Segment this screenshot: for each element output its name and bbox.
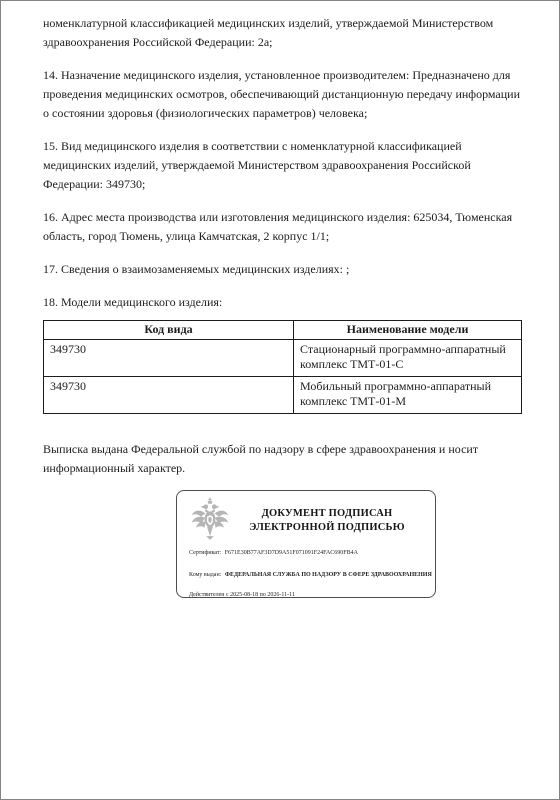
paragraph-item-17: 17. Сведения о взаимозаменяемых медицинс… <box>43 260 521 279</box>
stamp-title: ДОКУМЕНТ ПОДПИСАН ЭЛЕКТРОННОЙ ПОДПИСЬЮ <box>231 507 423 535</box>
certificate-label: Сертификат: <box>189 550 221 556</box>
issued-to-value: ФЕДЕРАЛЬНАЯ СЛУЖБА ПО НАДЗОРУ В СФЕРЕ ЗД… <box>225 572 432 578</box>
table-row: 349730 Мобильный программно-аппаратный к… <box>44 377 522 414</box>
issued-to-line: Кому выдан: ФЕДЕРАЛЬНАЯ СЛУЖБА ПО НАДЗОР… <box>189 571 423 579</box>
stamp-title-line2: ЭЛЕКТРОННОЙ ПОДПИСЬЮ <box>231 521 423 535</box>
paragraph-continuation: номенклатурной классификацией медицински… <box>43 14 521 52</box>
paragraph-item-14: 14. Назначение медицинского изделия, уст… <box>43 66 521 123</box>
cell-model-name: Мобильный программно-аппаратный комплекс… <box>294 377 522 414</box>
certificate-value: F671E30B77AF3D7D9A51F071091F24FAC690FB4A <box>225 550 358 556</box>
cell-type-code: 349730 <box>44 377 294 414</box>
document-page: номенклатурной классификацией медицински… <box>0 0 560 800</box>
paragraph-item-16: 16. Адрес места производства или изготов… <box>43 208 521 246</box>
paragraph-item-18: 18. Модели медицинского изделия: <box>43 293 521 312</box>
models-table: Код вида Наименование модели 349730 Стац… <box>43 320 522 414</box>
validity-value: Действителен с 2025-08-18 по 2026-11-11 <box>189 592 295 598</box>
stamp-title-line1: ДОКУМЕНТ ПОДПИСАН <box>231 507 423 521</box>
table-row: 349730 Стационарный программно-аппаратны… <box>44 340 522 377</box>
electronic-signature-stamp: ДОКУМЕНТ ПОДПИСАН ЭЛЕКТРОННОЙ ПОДПИСЬЮ С… <box>176 490 436 598</box>
certificate-line: Сертификат: F671E30B77AF3D7D9A51F071091F… <box>189 549 423 557</box>
cell-model-name: Стационарный программно-аппаратный компл… <box>294 340 522 377</box>
validity-line: Действителен с 2025-08-18 по 2026-11-11 <box>189 591 423 599</box>
table-header-model-name: Наименование модели <box>294 321 522 340</box>
cell-type-code: 349730 <box>44 340 294 377</box>
issuance-note: Выписка выдана Федеральной службой по на… <box>43 440 521 478</box>
paragraph-item-15: 15. Вид медицинского изделия в соответст… <box>43 137 521 194</box>
table-header-row: Код вида Наименование модели <box>44 321 522 340</box>
table-header-code: Код вида <box>44 321 294 340</box>
double-headed-eagle-icon <box>189 497 231 545</box>
issued-to-label: Кому выдан: <box>189 572 221 578</box>
stamp-header: ДОКУМЕНТ ПОДПИСАН ЭЛЕКТРОННОЙ ПОДПИСЬЮ <box>189 496 423 546</box>
